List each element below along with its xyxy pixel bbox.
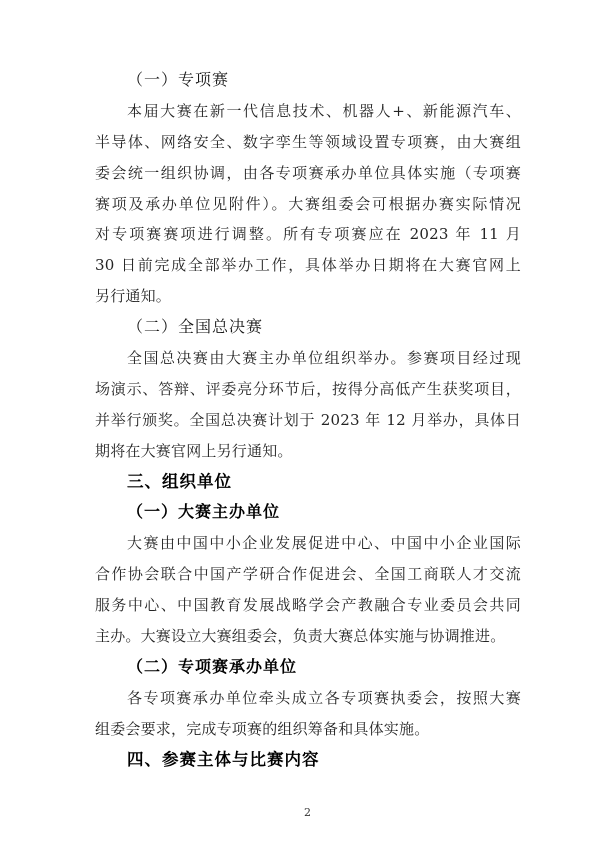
heading-kai-bold: （一）大赛主办单位: [95, 497, 521, 528]
heading-kai: （二）全国总决赛: [95, 312, 521, 343]
text-line: 服务中心、中国教育发展战略学会产教融合专业委员会共同: [95, 590, 521, 621]
text-line: 各专项赛承办单位牵头成立各专项赛执委会，按照大赛: [95, 683, 521, 714]
text-line: 全国总决赛由大赛主办单位组织举办。参赛项目经过现: [95, 343, 521, 374]
text-line: 并举行颁奖。全国总决赛计划于 2023 年 12 月举办，具体日: [95, 405, 521, 436]
text-line: 主办。大赛设立大赛组委会，负责大赛总体实施与协调推进。: [95, 621, 521, 652]
text-line: 大赛由中国中小企业发展促进中心、中国中小企业国际: [95, 528, 521, 559]
text-line: 另行通知。: [95, 281, 521, 312]
text-line: 场演示、答辩、评委亮分环节后，按得分高低产生获奖项目，: [95, 374, 521, 405]
text-line: 对专项赛赛项进行调整。所有专项赛应在 2023 年 11 月: [95, 219, 521, 250]
document-page: （一）专项赛本届大赛在新一代信息技术、机器人+、新能源汽车、半导体、网络安全、数…: [0, 0, 615, 860]
text-line: 本届大赛在新一代信息技术、机器人+、新能源汽车、: [95, 96, 521, 127]
heading-hei: 三、组织单位: [95, 467, 521, 498]
text-line: 半导体、网络安全、数字孪生等领域设置专项赛，由大赛组: [95, 127, 521, 158]
text-line: 期将在大赛官网上另行通知。: [95, 436, 521, 467]
document-content: （一）专项赛本届大赛在新一代信息技术、机器人+、新能源汽车、半导体、网络安全、数…: [95, 65, 521, 775]
heading-kai-bold: （二）专项赛承办单位: [95, 652, 521, 683]
page-number: 2: [0, 806, 615, 819]
text-line: 组委会要求，完成专项赛的组织筹备和具体实施。: [95, 714, 521, 745]
text-line: 合作协会联合中国产学研合作促进会、全国工商联人才交流: [95, 559, 521, 590]
heading-hei: 四、参赛主体与比赛内容: [95, 745, 521, 776]
text-line: 30 日前完成全部举办工作，具体举办日期将在大赛官网上: [95, 250, 521, 281]
text-line: 委会统一组织协调，由各专项赛承办单位具体实施（专项赛: [95, 158, 521, 189]
heading-kai: （一）专项赛: [95, 65, 521, 96]
text-line: 赛项及承办单位见附件）。大赛组委会可根据办赛实际情况: [95, 189, 521, 220]
